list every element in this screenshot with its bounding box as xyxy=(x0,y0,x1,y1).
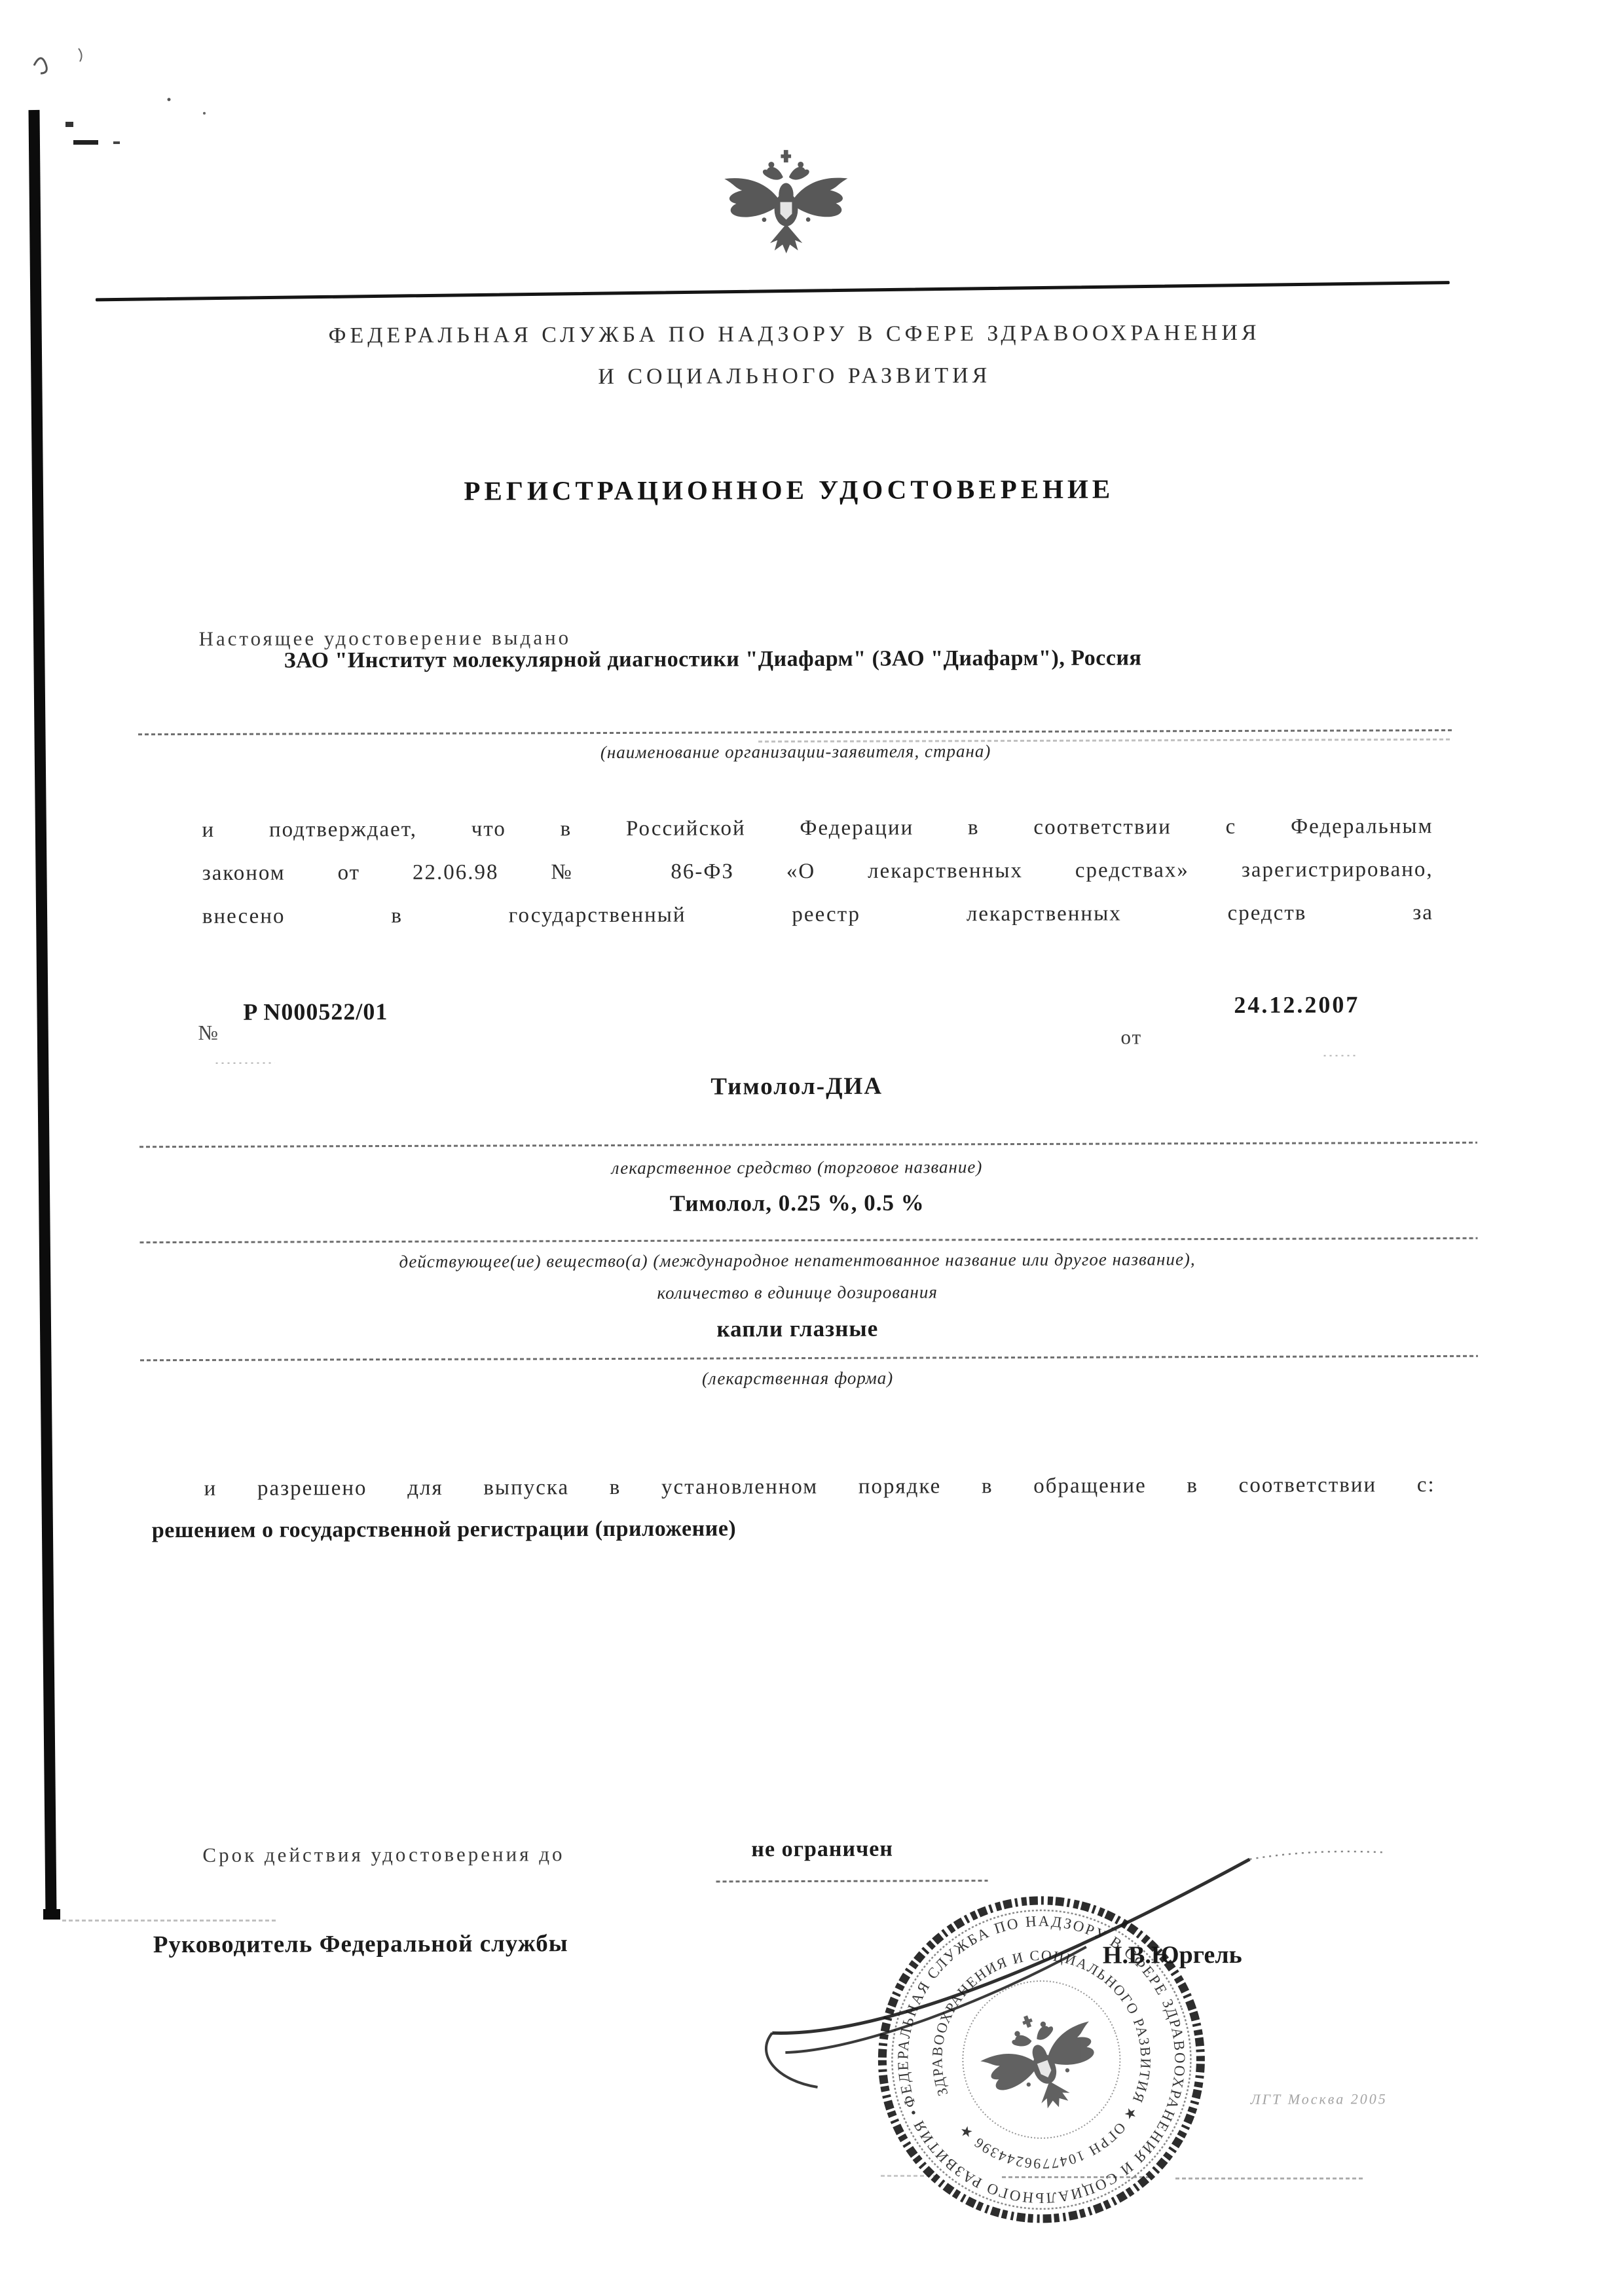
dashed-separator xyxy=(140,1355,1478,1361)
validity-label: Срок действия удостоверения до xyxy=(202,1842,564,1867)
document-title: РЕГИСТРАЦИОННОЕ УДОСТОВЕРЕНИЕ xyxy=(138,472,1441,507)
body-paragraph-line2: законом от 22.06.98 № 86-ФЗ «О лекарстве… xyxy=(202,858,1433,886)
issued-label: Настоящее удостоверение выдано xyxy=(198,626,571,651)
substance-caption-line2: количество в единице дозирования xyxy=(140,1281,1455,1305)
substance-line: Тимолол, 0.25 %, 0.5 % xyxy=(139,1188,1454,1218)
body-paragraph-line3: внесено в государственный реестр лекарст… xyxy=(202,901,1433,929)
trade-name: Тимолол-ДИА xyxy=(139,1070,1454,1102)
release-basis: решением о государственной регистрации (… xyxy=(152,1516,737,1543)
signature-strokes xyxy=(657,1818,1477,2135)
body-paragraph-line1: и подтверждает, что в Российской Федерац… xyxy=(202,814,1433,843)
scanned-certificate-page: ФЕДЕРАЛЬНАЯ СЛУЖБА ПО НАДЗОРУ В СФЕРЕ ЗД… xyxy=(0,0,1624,2296)
organization-name: ЗАО "Институт молекулярной диагностики "… xyxy=(284,646,1142,673)
organization-caption: (наименование организации-заявителя, стр… xyxy=(138,740,1453,764)
number-value: P N000522/01 xyxy=(243,998,388,1026)
dashed-separator xyxy=(139,1237,1477,1243)
document-content: ФЕДЕРАЛЬНАЯ СЛУЖБА ПО НАДЗОРУ В СФЕРЕ ЗД… xyxy=(0,0,1624,2296)
date-value: 24.12.2007 xyxy=(1234,991,1359,1019)
number-dots xyxy=(216,1063,275,1064)
release-text: и разрешено для выпуска в установленном … xyxy=(204,1473,1435,1501)
state-emblem-eagle-icon xyxy=(722,134,851,266)
date-label: от xyxy=(1120,1025,1142,1049)
dashed-separator xyxy=(138,729,1453,735)
dosage-form-caption: (лекарственная форма) xyxy=(140,1366,1455,1391)
agency-header-line1: ФЕДЕРАЛЬНАЯ СЛУЖБА ПО НАДЗОРУ В СФЕРЕ ЗД… xyxy=(137,320,1452,349)
dashed-separator xyxy=(139,1142,1477,1148)
agency-header-line2: И СОЦИАЛЬНОГО РАЗВИТИЯ xyxy=(137,362,1452,391)
top-horizontal-rule xyxy=(96,281,1450,301)
signer-title: Руководитель Федеральной службы xyxy=(153,1929,568,1959)
dosage-form: капли глазные xyxy=(140,1314,1455,1344)
date-dots xyxy=(1324,1055,1356,1056)
print-note: ЛГТ Москва 2005 xyxy=(1251,2090,1388,2108)
number-label: № xyxy=(198,1021,218,1045)
trade-name-caption: лекарственное средство (торговое названи… xyxy=(139,1156,1454,1180)
substance-caption-line1: действующее(ие) вещество(а) (международн… xyxy=(139,1248,1454,1273)
